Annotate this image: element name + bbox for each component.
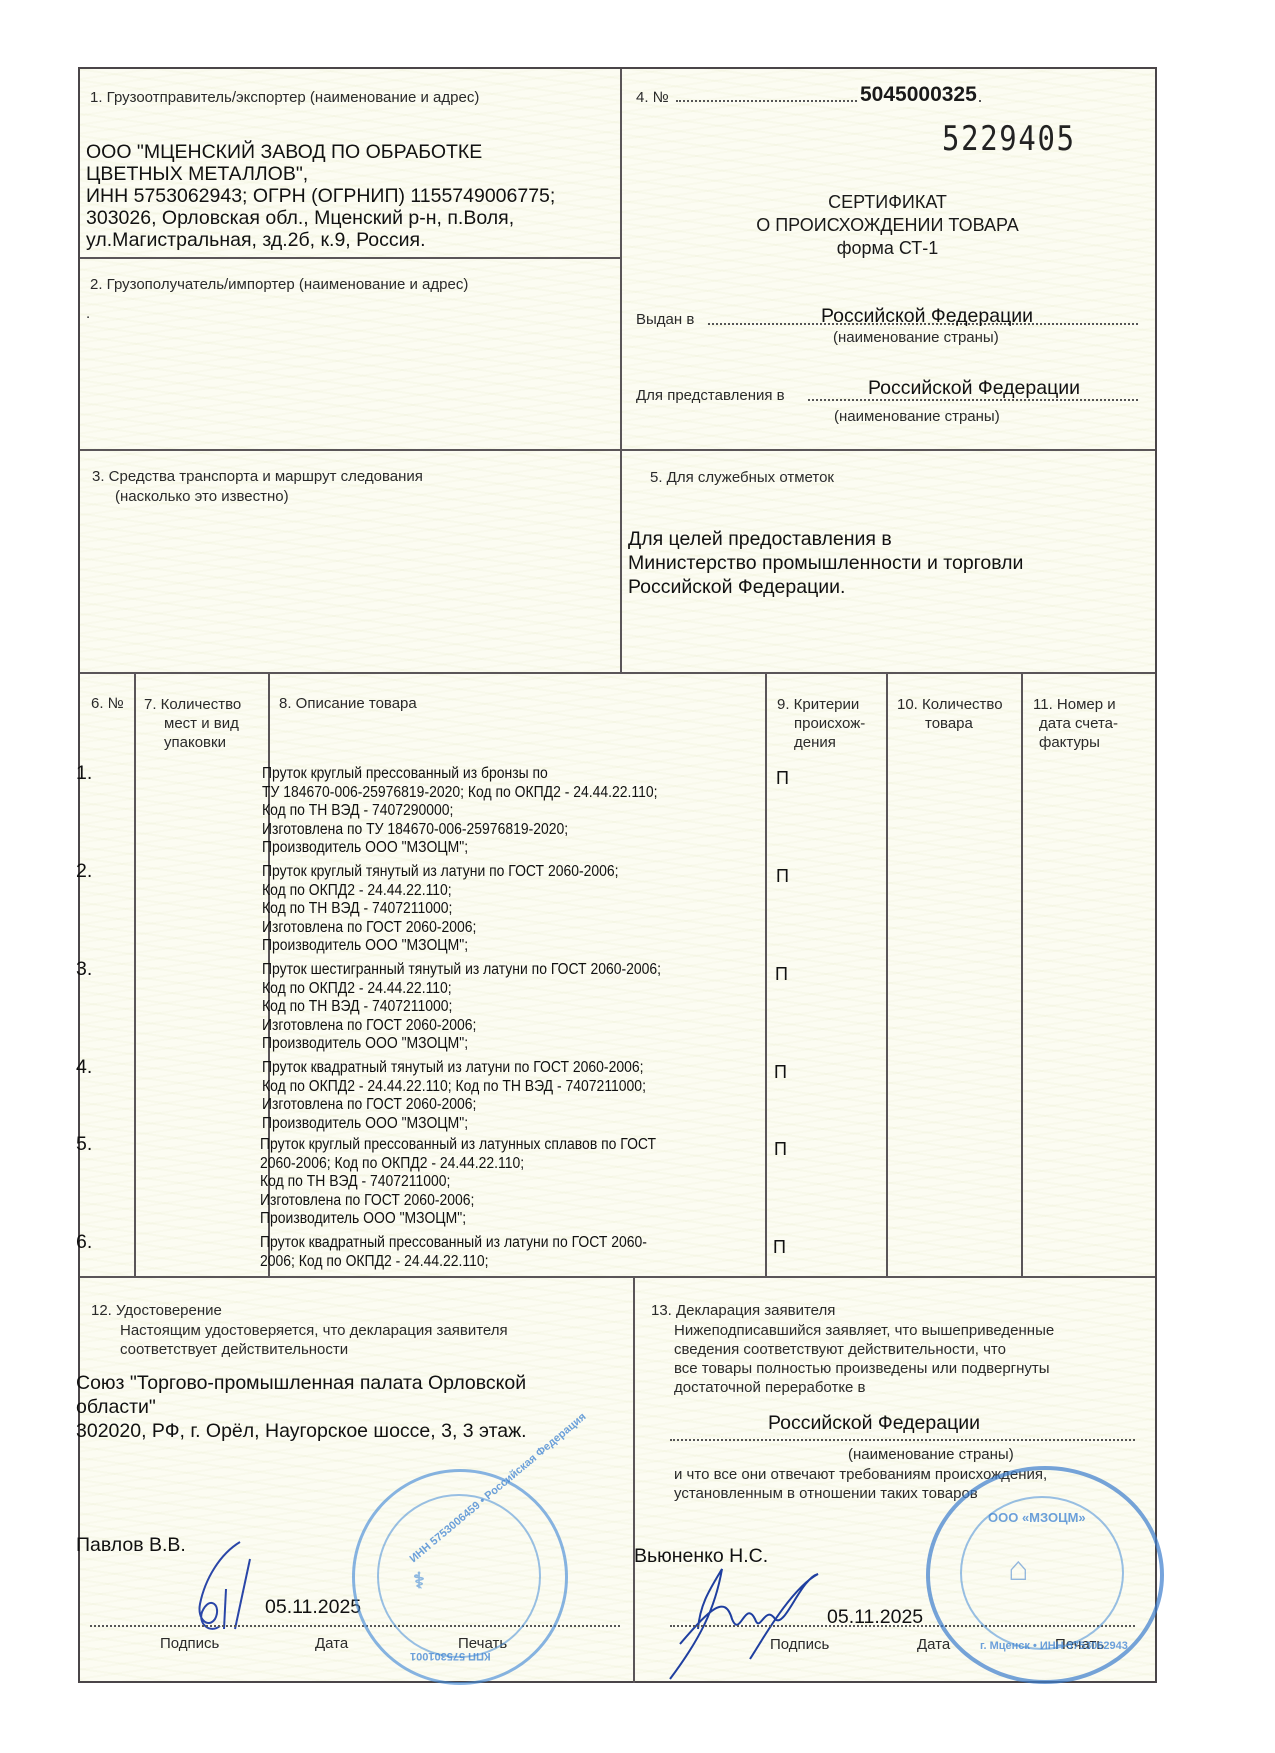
- issued-in-label: Выдан в: [636, 311, 694, 328]
- declaration-country-hint: (наименование страны): [848, 1446, 1014, 1463]
- row-no: 2.: [76, 860, 92, 882]
- shipper-line-2: ЦВЕТНЫХ МЕТАЛЛОВ",: [86, 163, 308, 185]
- signer-name: Павлов В.В.: [76, 1534, 186, 1556]
- row-description: Пруток круглый прессованный из бронзы по…: [262, 765, 658, 858]
- box13-text: Нижеподписавшийся заявляет, что вышеприв…: [674, 1321, 1054, 1397]
- divider-box1-box2: [80, 257, 621, 259]
- row-criteria: П: [776, 768, 789, 789]
- number-label: 4. №: [636, 89, 669, 106]
- presented-in-label: Для представления в: [636, 387, 785, 404]
- row-no: 6.: [76, 1231, 92, 1253]
- stamp-text-bottom: г. Мценск • ИНН 5753062943: [980, 1640, 1128, 1652]
- chamber-stamp: ИНН 5753006459 • Российская Федерация ⚕ …: [352, 1469, 568, 1685]
- row-no: 4.: [76, 1056, 92, 1078]
- caduceus-icon: ⚕: [413, 1568, 425, 1594]
- certificate-form: 1. Грузоотправитель/экспортер (наименова…: [78, 67, 1157, 1683]
- stamp-text-bottom: КПП 575301001: [410, 1650, 491, 1662]
- signature-icon: [180, 1534, 270, 1644]
- notes-line-3: Российской Федерации.: [628, 576, 845, 598]
- box5-label: 5. Для служебных отметок: [650, 469, 834, 486]
- row-criteria: П: [775, 964, 788, 985]
- date-label: Дата: [315, 1635, 348, 1652]
- certificate-title: СЕРТИФИКАТ О ПРОИСХОЖДЕНИИ ТОВАРА форма …: [620, 191, 1155, 260]
- box3-label: 3. Средства транспорта и маршрут следова…: [92, 468, 423, 485]
- box12-text: Настоящим удостоверяется, что декларация…: [120, 1321, 508, 1359]
- shipper-line-5: ул.Магистральная, зд.2б, к.9, Россия.: [86, 229, 426, 251]
- shipper-line-1: ООО "МЦЕНСКИЙ ЗАВОД ПО ОБРАБОТКЕ: [86, 141, 482, 163]
- header-quantity: 10. Количество товара: [897, 695, 1003, 733]
- company-stamp: ООО «МЗОЦМ» ⌂ г. Мценск • ИНН 5753062943: [926, 1466, 1164, 1684]
- divider-row2: [80, 449, 1155, 451]
- row-description: Пруток шестигранный тянутый из латуни по…: [262, 961, 661, 1054]
- header-description: 8. Описание товара: [279, 695, 417, 712]
- row-criteria: П: [776, 866, 789, 887]
- factory-icon: ⌂: [1008, 1550, 1029, 1589]
- signature-icon: [640, 1549, 820, 1689]
- declaration-country: Российской Федерации: [768, 1412, 980, 1434]
- issued-in-hint: (наименование страны): [833, 329, 999, 346]
- serial-number: 5229405: [942, 119, 1076, 159]
- row-criteria: П: [773, 1237, 786, 1258]
- row-description: Пруток квадратный прессованный из латуни…: [260, 1234, 647, 1271]
- certification-date: 05.11.2025: [265, 1596, 361, 1618]
- divider-row3: [80, 672, 1155, 674]
- col-divider-4: [886, 672, 888, 1276]
- presented-in-value: Российской Федерации: [868, 377, 1080, 399]
- title-line-2: О ПРОИСХОЖДЕНИИ ТОВАРА: [620, 214, 1155, 237]
- chamber-address: Союз "Торгово-промышленная палата Орловс…: [76, 1371, 527, 1443]
- row-no: 5.: [76, 1133, 92, 1155]
- col-divider-1: [134, 672, 136, 1276]
- presented-in-dotted-line: [808, 399, 1138, 401]
- box2-label: 2. Грузополучатель/импортер (наименовани…: [90, 276, 468, 293]
- title-line-3: форма СТ-1: [620, 237, 1155, 260]
- header-packages: 7. Количество мест и вид упаковки: [144, 695, 241, 752]
- consignee-value: .: [86, 305, 90, 322]
- certificate-number: 5045000325: [858, 83, 979, 107]
- row-criteria: П: [774, 1139, 787, 1160]
- col-divider-5: [1021, 672, 1023, 1276]
- title-line-1: СЕРТИФИКАТ: [620, 191, 1155, 214]
- declaration-date-label: Дата: [917, 1636, 950, 1653]
- header-criteria: 9. Критерии происхож- дения: [777, 695, 865, 752]
- row-description: Пруток квадратный тянутый из латуни по Г…: [262, 1059, 646, 1133]
- row-no: 3.: [76, 958, 92, 980]
- shipper-line-3: ИНН 5753062943; ОГРН (ОГРНИП) 1155749006…: [86, 185, 555, 207]
- header-no: 6. №: [91, 695, 124, 712]
- divider-goods-bottom: [80, 1276, 1155, 1278]
- row-description: Пруток круглый прессованный из латунных …: [260, 1136, 656, 1229]
- header-invoice: 11. Номер и дата счета- фактуры: [1033, 695, 1118, 752]
- notes-line-1: Для целей предоставления в: [628, 528, 892, 550]
- country-dotted-line: [670, 1439, 1135, 1441]
- box13-label: 13. Декларация заявителя: [651, 1302, 835, 1319]
- divider-vertical-top: [620, 69, 622, 673]
- divider-vertical-bottom: [633, 1276, 635, 1683]
- row-description: Пруток круглый тянутый из латуни по ГОСТ…: [262, 863, 619, 956]
- box1-label: 1. Грузоотправитель/экспортер (наименова…: [90, 89, 479, 106]
- issued-in-value: Российской Федерации: [821, 305, 1033, 327]
- box3-sublabel: (насколько это известно): [115, 488, 289, 505]
- signature-label: Подпись: [160, 1635, 219, 1652]
- box12-label: 12. Удостоверение: [91, 1302, 222, 1319]
- shipper-line-4: 303026, Орловская обл., Мценский р-н, п.…: [86, 207, 514, 229]
- declaration-signature-label: Подпись: [770, 1636, 829, 1653]
- notes-line-2: Министерство промышленности и торговли: [628, 552, 1023, 574]
- presented-in-hint: (наименование страны): [834, 408, 1000, 425]
- col-divider-3: [765, 672, 767, 1276]
- row-no: 1.: [76, 762, 92, 784]
- stamp-text-center: ООО «МЗОЦМ»: [988, 1510, 1086, 1525]
- row-criteria: П: [774, 1062, 787, 1083]
